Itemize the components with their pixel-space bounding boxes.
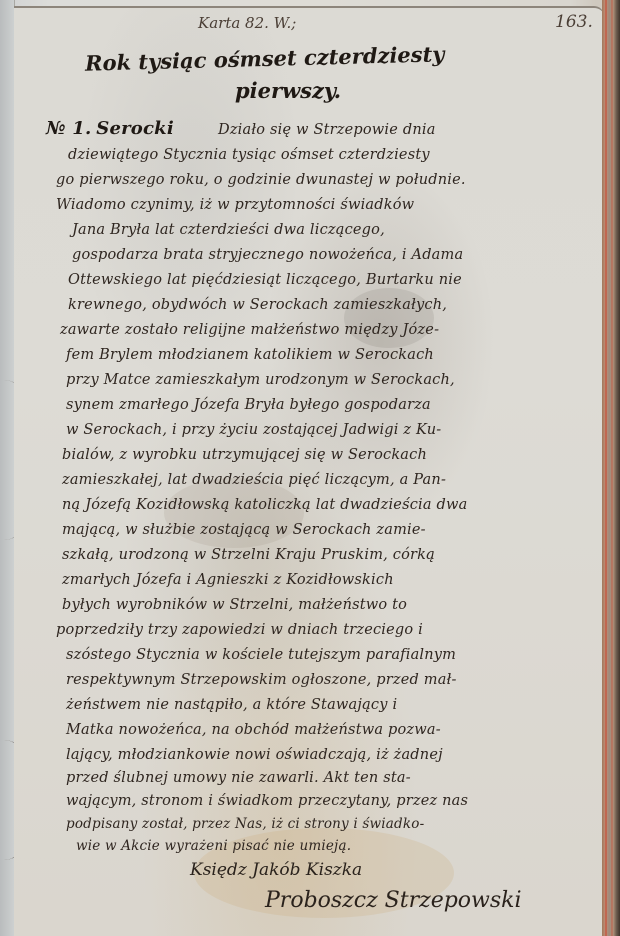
entry-line: zmarłych Józefa i Agnieszki z Kozidłowsk… <box>62 572 394 588</box>
entry-line: Ottewskiego lat pięćdziesiąt liczącego, … <box>68 272 462 288</box>
entry-line: krewnego, obydwóch w Serockach zamieszka… <box>68 297 447 313</box>
entry-line: zamieszkałej, lat dwadzieścia pięć liczą… <box>62 472 446 488</box>
entry-line: w Serockach, i przy życiu zostającej Jad… <box>66 422 441 438</box>
entry-line: go pierwszego roku, o godzinie dwunastej… <box>56 172 466 188</box>
entry-surname: Serocki <box>96 118 174 139</box>
entry-line: Jana Bryła lat czterdzieści dwa licząceg… <box>72 222 385 238</box>
entry-line: żeństwem nie nastąpiło, a które Stawając… <box>66 697 397 713</box>
entry-line: przed ślubnej umowy nie zawarli. Akt ten… <box>66 770 411 786</box>
page-number: 163. <box>555 12 593 32</box>
year-heading-line-2: pierwszy. <box>235 78 341 103</box>
entry-line: wającym, stronom i świadkom przeczytany,… <box>66 793 468 809</box>
entry-line: synem zmarłego Józefa Bryła byłego gospo… <box>66 397 431 413</box>
entry-line: respektywnym Strzepowskim ogłoszone, prz… <box>66 672 457 688</box>
entry-line: Matka nowożeńca, na obchód małżeństwa po… <box>66 722 441 738</box>
entry-line: podpisany został, przez Nas, iż ci stron… <box>66 816 424 832</box>
entry-line: ną Józefą Kozidłowską katoliczką lat dwa… <box>62 497 467 513</box>
entry-line: poprzedziły trzy zapowiedzi w dniach trz… <box>56 622 423 638</box>
entry-line: Działo się w Strzepowie dnia <box>218 122 436 138</box>
entry-line: bialów, z wyrobku utrzymującej się w Ser… <box>62 447 427 463</box>
book-page-edges <box>602 0 620 936</box>
entry-line: szkałą, urodzoną w Strzelni Kraju Pruski… <box>62 547 435 563</box>
folio-reference-note: Karta 82. W.; <box>198 14 296 32</box>
entry-line: wie w Akcie wyrażeni pisać nie umieją. <box>76 838 351 854</box>
entry-line: szóstego Stycznia w kościele tutejszym p… <box>66 647 456 663</box>
entry-line: gospodarza brata stryjecznego nowożeńca,… <box>72 247 463 263</box>
parish-priest-signature: Proboszcz Strzepowski <box>265 888 522 913</box>
priest-signature: Księdz Jakób Kiszka <box>190 860 362 880</box>
entry-line: mającą, w służbie zostającą w Serockach … <box>62 522 426 538</box>
entry-line: byłych wyrobników w Strzelni, małżeństwo… <box>62 597 407 613</box>
scanned-register-page: Karta 82. W.; 163. Rok tysiąc ośmset czt… <box>0 0 620 936</box>
entry-line: zawarte zostało religijne małżeństwo mię… <box>60 322 439 338</box>
entry-line: dziewiątego Stycznia tysiąc ośmset czter… <box>68 147 430 163</box>
entry-line: Wiadomo czynimy, iż w przytomności świad… <box>56 197 414 213</box>
entry-margin-heading: № 1. Serocki <box>46 118 174 139</box>
entry-line: przy Matce zamieszkałym urodzonym w Sero… <box>66 372 455 388</box>
entry-line: lający, młodziankowie nowi oświadczają, … <box>66 747 443 763</box>
entry-line: fem Brylem młodzianem katolikiem w Seroc… <box>66 347 434 363</box>
entry-number: № 1. <box>46 118 91 139</box>
